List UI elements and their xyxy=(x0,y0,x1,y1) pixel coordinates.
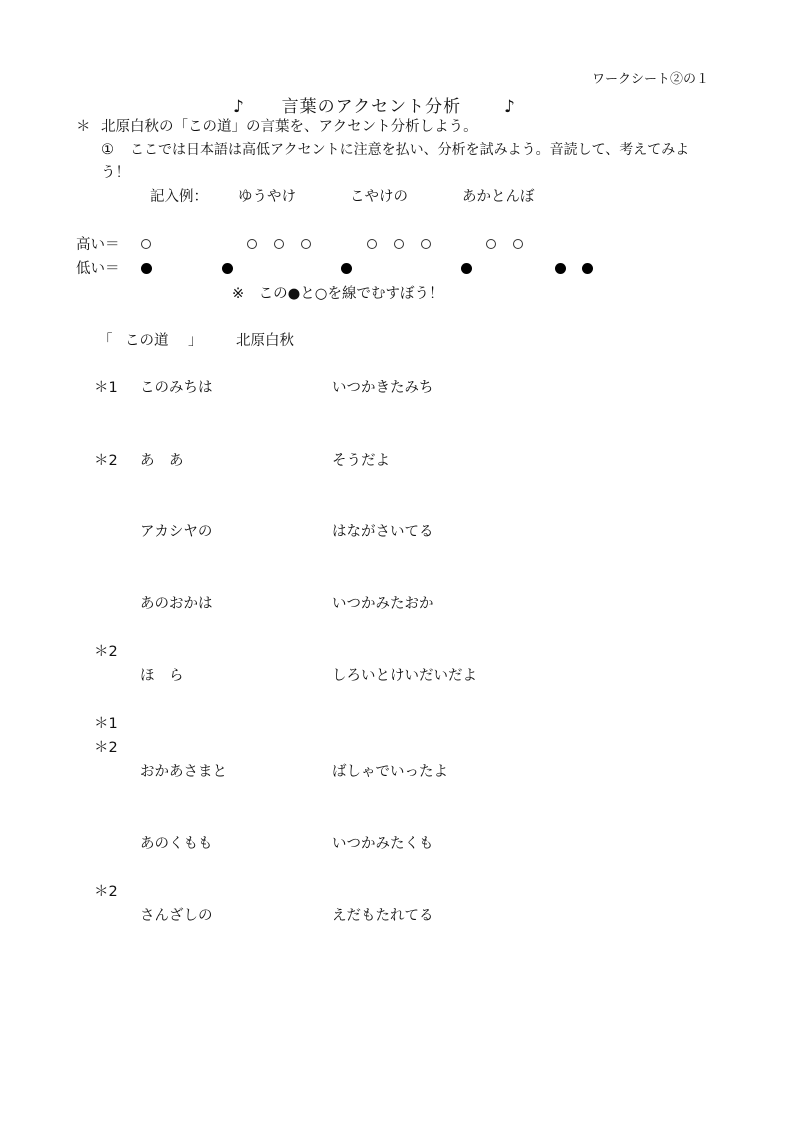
example-word: ゆうやけ xyxy=(238,188,296,206)
verse-marker: ＊2 xyxy=(94,883,118,901)
poem-line-left: あのくもも xyxy=(140,835,213,853)
music-note-icon: ♪ xyxy=(233,97,245,117)
high-accent-circle-icon xyxy=(513,239,523,249)
low-accent-dot-icon xyxy=(461,263,472,274)
instruction-line-1: 北原白秋の「この道」の言葉を、アクセント分析しよう。 xyxy=(101,118,478,136)
verse-marker: ＊1 xyxy=(94,715,118,733)
worksheet-label: ワークシート②の１ xyxy=(592,68,709,87)
verse-marker: ＊2 xyxy=(94,643,118,661)
poem-line-left: あ あ xyxy=(140,452,184,470)
low-accent-dot-icon xyxy=(582,263,593,274)
low-accent-dot-icon xyxy=(341,263,352,274)
connect-note: ※ この●と○を線でむすぼう！ xyxy=(232,285,443,303)
poem-heading-open-bracket: 「 xyxy=(98,332,113,350)
verse-marker: ＊2 xyxy=(94,739,118,757)
example-word: あかとんぼ xyxy=(462,188,535,206)
instruction-bullet: ＊ xyxy=(76,118,91,136)
high-accent-circle-icon xyxy=(247,239,257,249)
poem-line-right: いつかみたくも xyxy=(332,835,434,853)
high-accent-circle-icon xyxy=(394,239,404,249)
step-marker: ① xyxy=(101,141,114,159)
example-word: こやけの xyxy=(350,188,408,206)
music-note-icon: ♪ xyxy=(504,97,516,117)
high-label: 高い＝ xyxy=(76,236,120,254)
high-accent-circle-icon xyxy=(274,239,284,249)
low-accent-dot-icon xyxy=(141,263,152,274)
low-accent-dot-icon xyxy=(222,263,233,274)
poem-line-left: アカシヤの xyxy=(140,523,212,541)
example-label: 記入例： xyxy=(150,188,208,206)
page-title-text: 言葉のアクセント分析 xyxy=(282,97,462,117)
poem-line-right: ばしゃでいったよ xyxy=(332,763,448,781)
poem-line-left: おかあさまと xyxy=(140,763,227,781)
instruction-line-2-continued: う！ xyxy=(101,164,130,182)
poem-line-right: そうだよ xyxy=(332,452,390,470)
poem-line-left: あのおかは xyxy=(140,595,213,613)
poem-line-right: いつかきたみち xyxy=(332,379,434,397)
poem-line-right: えだもたれてる xyxy=(332,907,434,925)
verse-marker: ＊1 xyxy=(94,379,118,397)
page-title: ♪ 言葉のアクセント分析 ♪ xyxy=(233,92,516,117)
poem-line-right: はながさいてる xyxy=(332,523,434,541)
high-accent-circle-icon xyxy=(141,239,151,249)
low-accent-dot-icon xyxy=(555,263,566,274)
poem-line-right: いつかみたおか xyxy=(332,595,434,613)
high-accent-circle-icon xyxy=(421,239,431,249)
poem-heading-close-bracket: 」 xyxy=(188,332,203,350)
high-accent-circle-icon xyxy=(301,239,311,249)
poem-line-left: ほ ら xyxy=(140,667,184,685)
poem-line-left: このみちは xyxy=(140,379,213,397)
high-accent-circle-icon xyxy=(367,239,377,249)
poem-line-left: さんざしの xyxy=(140,907,213,925)
high-accent-circle-icon xyxy=(486,239,496,249)
low-label: 低い＝ xyxy=(76,260,120,278)
verse-marker: ＊2 xyxy=(94,452,118,470)
poem-author: 北原白秋 xyxy=(236,332,294,350)
poem-line-right: しろいとけいだいだよ xyxy=(332,667,477,685)
instruction-line-2: ここでは日本語は高低アクセントに注意を払い、分析を試みよう。音読して、考えてみよ xyxy=(130,141,689,159)
poem-title: この道 xyxy=(125,332,169,350)
